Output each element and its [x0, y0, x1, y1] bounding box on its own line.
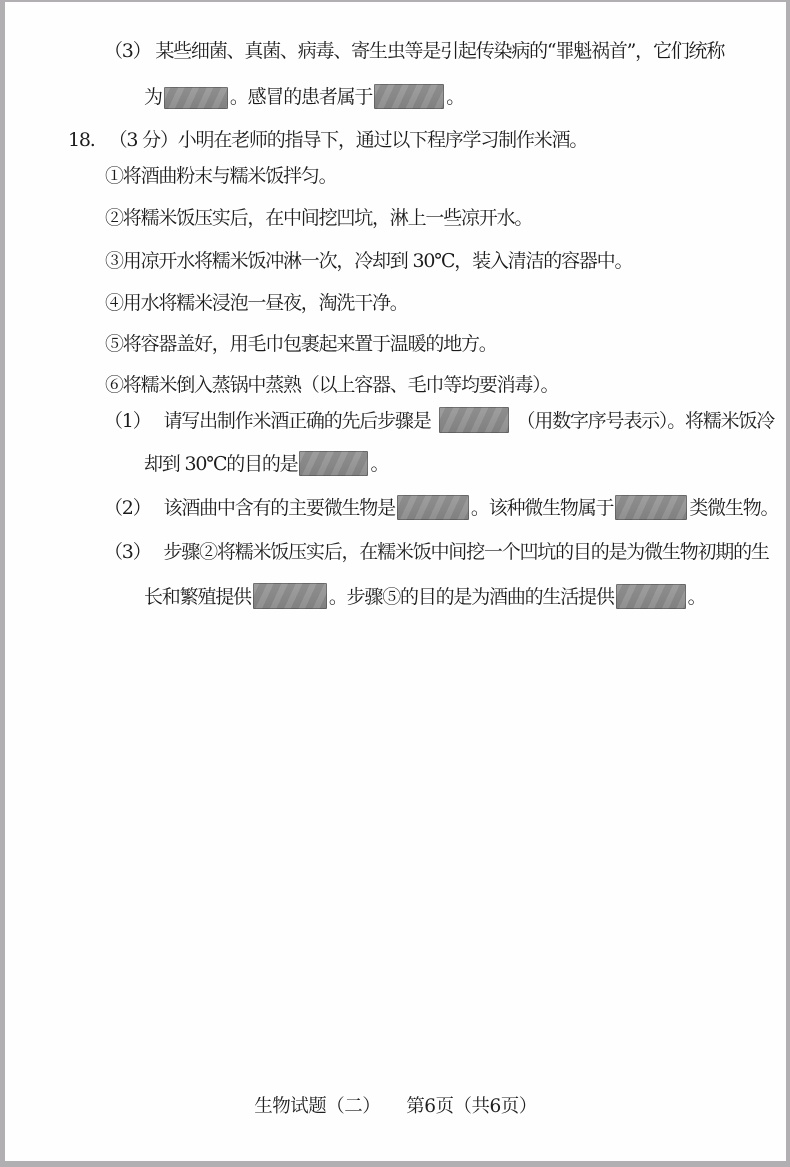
q18-step-3: ③用凉开水将糯米饭冲淋一次，冷却到 30℃，装入清洁的容器中。 — [105, 249, 632, 274]
q17-part3-line2: 为。感冒的患者属于。 — [144, 84, 464, 110]
q18-sub1-text2: （用数字序号表示）。将糯米饭冷 — [517, 410, 775, 432]
q18-sub3-label: （3） — [104, 541, 151, 563]
q18-sub2-text1: 该酒曲中含有的主要微生物是 — [164, 497, 395, 519]
q17-part3-text3: 。感冒的患者属于 — [230, 86, 372, 108]
q18-stem-line: 18.（3 分）小明在老师的指导下，通过以下程序学习制作米酒。 — [68, 128, 587, 153]
q17-part3-text4: 。 — [446, 86, 464, 108]
q18-step-2: ②将糯米饭压实后，在中间挖凹坑，淋上一些凉开水。 — [105, 206, 532, 231]
q18-sub1-text3: 却到 30℃的目的是 — [144, 453, 297, 475]
exam-paper-page: （3） 某些细菌、真菌、病毒、寄生虫等是引起传染病的“罪魁祸首”，它们统称 为。… — [5, 2, 786, 1161]
q18-sub2-text2: 。该种微生物属于 — [471, 497, 613, 519]
q18-sub3-line2: 长和繁殖提供。步骤⑤的目的是为酒曲的生活提供。 — [144, 583, 705, 610]
q17-part3-text2: 为 — [144, 86, 162, 108]
q18-sub1-line1: （1）请写出制作米酒正确的先后步骤是（用数字序号表示）。将糯米饭冷 — [104, 407, 774, 434]
page-footer: 生物试题（二）第6页（共6页） — [5, 1092, 786, 1118]
q18-step-3-text: ③用凉开水将糯米饭冲淋一次，冷却到 30℃，装入清洁的容器中。 — [105, 250, 632, 272]
answer-blank-redacted — [299, 451, 368, 476]
q18-step-5: ⑤将容器盖好，用毛巾包裹起来置于温暖的地方。 — [105, 332, 497, 357]
footer-page-number: 第6页（共6页） — [406, 1096, 537, 1117]
q18-sub3-text4: 。 — [688, 586, 706, 608]
answer-blank-redacted — [397, 495, 469, 520]
answer-blank-redacted — [253, 583, 327, 609]
answer-blank-redacted — [615, 495, 687, 520]
q18-number: 18. — [68, 129, 95, 151]
q18-sub1-line2: 却到 30℃的目的是。 — [144, 451, 388, 477]
q18-sub1-label: （1） — [104, 410, 151, 432]
q18-step-1-text: ①将酒曲粉末与糯米饭拌匀。 — [105, 165, 336, 187]
q18-step-4-text: ④用水将糯米浸泡一昼夜，淘洗干净。 — [105, 292, 408, 314]
q18-sub3-line1: （3）步骤②将糯米饭压实后，在糯米饭中间挖一个凹坑的目的是为微生物初期的生 — [104, 540, 769, 565]
q18-sub3-text2: 长和繁殖提供 — [144, 586, 251, 608]
q18-sub2-line: （2）该酒曲中含有的主要微生物是。该种微生物属于类微生物。 — [104, 495, 778, 521]
q18-step-6-text: ⑥将糯米倒入蒸锅中蒸熟（以上容器、毛巾等均要消毒）。 — [105, 374, 558, 396]
q17-part3-line1: （3） 某些细菌、真菌、病毒、寄生虫等是引起传染病的“罪魁祸首”，它们统称 — [104, 39, 724, 64]
footer-exam-title: 生物试题（二） — [254, 1096, 380, 1117]
answer-blank-redacted — [374, 84, 444, 109]
q18-sub1-text1: 请写出制作米酒正确的先后步骤是 — [164, 410, 431, 432]
scanned-page-frame: （3） 某些细菌、真菌、病毒、寄生虫等是引起传染病的“罪魁祸首”，它们统称 为。… — [0, 0, 790, 1167]
q18-step-2-text: ②将糯米饭压实后，在中间挖凹坑，淋上一些凉开水。 — [105, 207, 532, 229]
q18-step-1: ①将酒曲粉末与糯米饭拌匀。 — [105, 164, 336, 189]
q18-step-4: ④用水将糯米浸泡一昼夜，淘洗干净。 — [105, 291, 408, 316]
q18-sub3-text1: 步骤②将糯米饭压实后，在糯米饭中间挖一个凹坑的目的是为微生物初期的生 — [164, 541, 769, 563]
q18-step-6: ⑥将糯米倒入蒸锅中蒸熟（以上容器、毛巾等均要消毒）。 — [105, 373, 558, 398]
q18-sub2-label: （2） — [104, 497, 151, 519]
answer-blank-redacted — [616, 584, 686, 609]
q18-sub1-text4: 。 — [370, 453, 388, 475]
q18-step-5-text: ⑤将容器盖好，用毛巾包裹起来置于温暖的地方。 — [105, 333, 497, 355]
q18-sub3-text3: 。步骤⑤的目的是为酒曲的生活提供 — [329, 586, 614, 608]
q17-part3-text1: （3） 某些细菌、真菌、病毒、寄生虫等是引起传染病的“罪魁祸首”，它们统称 — [104, 40, 724, 62]
answer-blank-redacted — [439, 407, 509, 433]
q18-stem-text: （3 分）小明在老师的指导下，通过以下程序学习制作米酒。 — [109, 129, 588, 151]
answer-blank-redacted — [164, 87, 228, 109]
q18-sub2-text3: 类微生物。 — [689, 497, 778, 519]
